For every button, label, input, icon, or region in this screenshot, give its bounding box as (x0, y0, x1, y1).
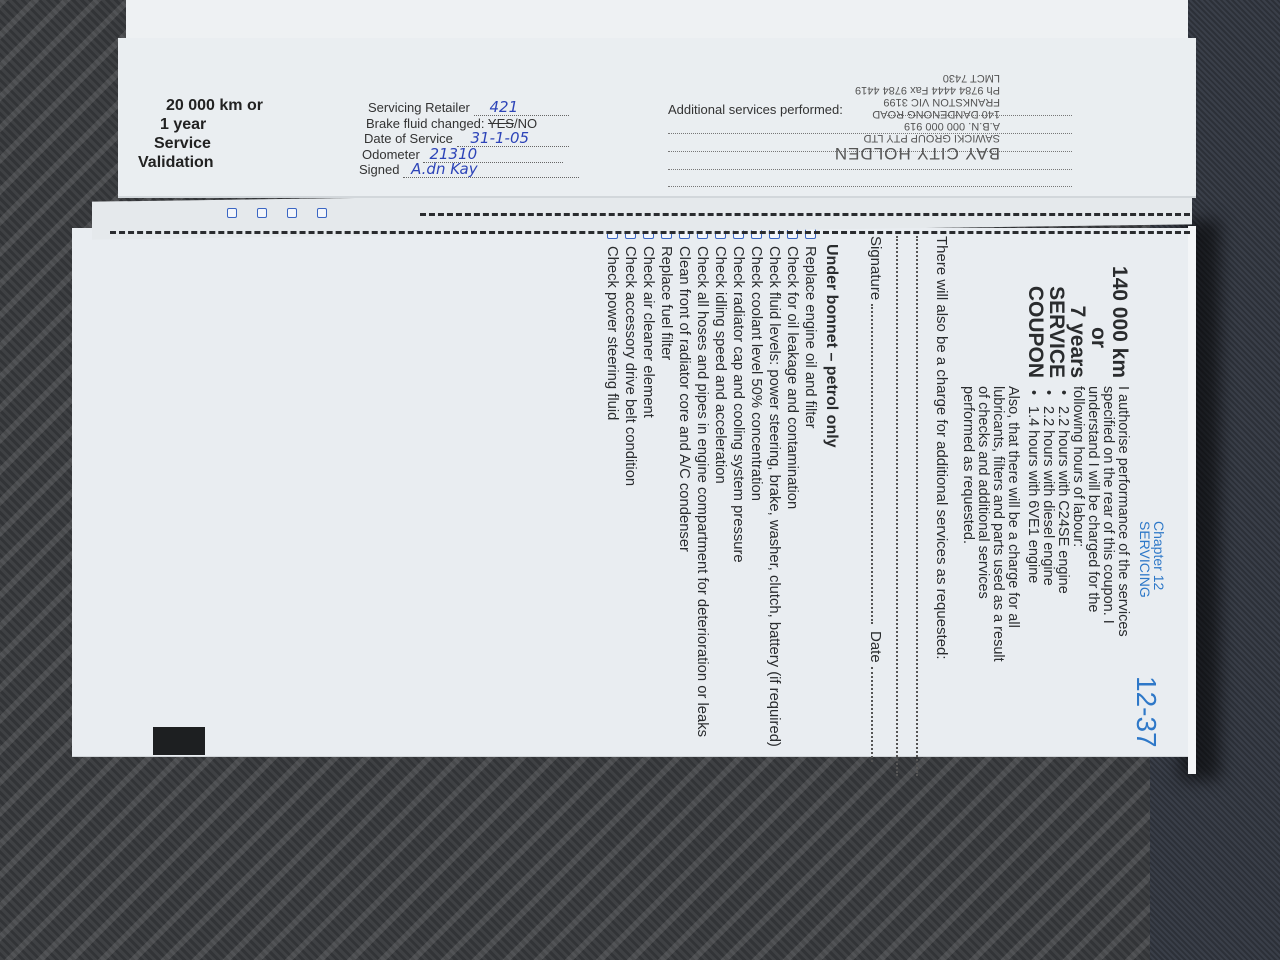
checklist-item[interactable]: Check power steering fluid (604, 228, 620, 788)
retailer-label: Servicing Retailer (368, 100, 470, 115)
date-field[interactable] (871, 667, 883, 762)
labour-hours-item: 1.4 hours with 6VE1 engine (1025, 400, 1040, 666)
checklist-item-label: Check radiator cap and cooling system pr… (730, 246, 746, 563)
labour-hours-list: 2.2 hours with C24SE engine 2.2 hours wi… (1025, 386, 1070, 666)
labour-hours-item: 2.2 hours with C24SE engine (1055, 400, 1070, 666)
validation-title-line: 1 year (138, 115, 263, 134)
coupon-title-line: 7 years (1067, 258, 1088, 378)
checkbox-icon[interactable] (227, 208, 237, 218)
validation-title-line: 20 000 km or (138, 96, 263, 115)
checklist-item[interactable]: Check radiator cap and cooling system pr… (730, 228, 746, 788)
dealer-stamp-line: 140 DANDENONG ROAD (700, 108, 1000, 120)
perforation-line (110, 231, 1190, 234)
checklist-item-label: Check accessory drive belt condition (622, 246, 638, 486)
checkbox-icon[interactable] (257, 208, 267, 218)
validation-title: 20 000 km or 1 year Service Validation (138, 96, 263, 172)
validation-title-line: Service (138, 134, 263, 153)
retailer-row: Servicing Retailer 421 (358, 100, 579, 116)
date-of-service-label: Date of Service (364, 131, 453, 146)
checklist-item[interactable]: Check accessory drive belt condition (622, 228, 638, 788)
coupon-title-line: SERVICE (1046, 258, 1067, 378)
perforation-line (420, 213, 1190, 216)
signature-row: Signature Date (867, 236, 884, 776)
checklist-item-label: Check power steering fluid (604, 246, 620, 420)
additional-services-line[interactable] (916, 236, 918, 776)
checklist-item-label: Check idling speed and acceleration (712, 246, 728, 484)
dealer-stamp-line: LMCT 7430 (700, 72, 1000, 84)
labour-hours-item: 2.2 hours with diesel engine (1040, 400, 1055, 666)
additional-charge-text: There will also be a charge for addition… (933, 236, 950, 766)
signed-field[interactable]: A.dn Kay (403, 162, 579, 178)
checklist-item-label: Check air cleaner element (640, 246, 656, 418)
authorisation-text: I authorise performance of the services … (1025, 386, 1130, 666)
date-label: Date (867, 631, 884, 663)
additional-services-line[interactable] (896, 236, 898, 776)
checklist-item[interactable]: Check coolant level 50% concentration (748, 228, 764, 788)
retailer-field[interactable]: 421 (474, 100, 569, 116)
parts-charge-text: Also, that there will be a charge for al… (960, 386, 1020, 666)
checklist-item-label: Clean front of radiator core and A/C con… (676, 246, 692, 552)
chapter-label: Chapter 12 (1152, 521, 1166, 598)
intro-paragraph: I authorise performance of the services … (1070, 386, 1130, 666)
dealer-stamp-mirrored: BAY CITY HOLDEN SAWICKI GROUP PTY LTD A.… (700, 72, 1000, 163)
folded-page-back (126, 0, 1188, 40)
checklist-item[interactable]: Check for oil leakage and contamination (784, 228, 800, 788)
chapter-heading: Chapter 12 SERVICING (1138, 521, 1166, 598)
additional-services-line[interactable] (668, 169, 1072, 170)
section-label: SERVICING (1138, 521, 1152, 598)
dealer-name: BAY CITY HOLDEN (700, 144, 1000, 163)
checklist-title: Under bonnet – petrol only (822, 244, 840, 448)
retailer-value: 421 (474, 98, 519, 116)
checklist-item-label: Check all hoses and pipes in engine comp… (694, 246, 710, 737)
additional-services-line[interactable] (668, 186, 1072, 187)
checkbox-icon[interactable] (287, 208, 297, 218)
service-checklist: Replace engine oil and filter Check for … (602, 228, 818, 788)
coupon-title-line: 140 000 km (1109, 258, 1130, 378)
date-group: Date (867, 631, 884, 762)
checklist-item-label: Replace fuel filter (658, 246, 674, 360)
checklist-item[interactable]: Check all hoses and pipes in engine comp… (694, 228, 710, 788)
coupon-title: 140 000 km or 7 years SERVICE COUPON (1025, 258, 1130, 378)
dealer-stamp-line: SAWICKI GROUP PTY LTD (700, 132, 1000, 144)
dealer-stamp-line: FRANKSTON VIC 3199 (700, 96, 1000, 108)
checkbox-icon[interactable] (317, 208, 327, 218)
signature-label: Signature (867, 236, 884, 300)
coupon-content-rotated: Chapter 12 SERVICING 12-37 140 000 km or… (70, 236, 1130, 756)
dealer-stamp-line: A.B.N. 000 000 919 (700, 120, 1000, 132)
signature-field[interactable] (871, 304, 883, 624)
dealer-stamp-line: Ph 9784 4444 Fax 9784 4419 (700, 84, 1000, 96)
checklist-item[interactable]: Replace fuel filter (658, 228, 674, 788)
coupon-title-line: COUPON (1025, 258, 1046, 378)
stub-checkboxes (227, 205, 347, 223)
checklist-item[interactable]: Check idling speed and acceleration (712, 228, 728, 788)
coupon-title-line: or (1088, 258, 1109, 378)
checklist-item-label: Check fluid levels: power steering, brak… (766, 246, 782, 747)
checklist-item[interactable]: Replace engine oil and filter (802, 228, 818, 788)
page-edge (1188, 226, 1196, 774)
signed-row: Signed A.dn Kay (358, 162, 579, 178)
checklist-item-label: Check for oil leakage and contamination (784, 246, 800, 509)
page-number: 12-37 (1130, 676, 1162, 748)
checklist-item-label: Replace engine oil and filter (802, 246, 818, 429)
checklist-item[interactable]: Check air cleaner element (640, 228, 656, 788)
checklist-item[interactable]: Check fluid levels: power steering, brak… (766, 228, 782, 788)
signed-label: Signed (359, 162, 399, 177)
service-validation-strip (118, 38, 1196, 196)
validation-fields: Servicing Retailer 421 Brake fluid chang… (358, 100, 579, 178)
validation-title-line: Validation (138, 153, 263, 172)
signature-value: A.dn Kay (403, 160, 477, 178)
checklist-item[interactable]: Clean front of radiator core and A/C con… (676, 228, 692, 788)
checklist-item-label: Check coolant level 50% concentration (748, 246, 764, 501)
